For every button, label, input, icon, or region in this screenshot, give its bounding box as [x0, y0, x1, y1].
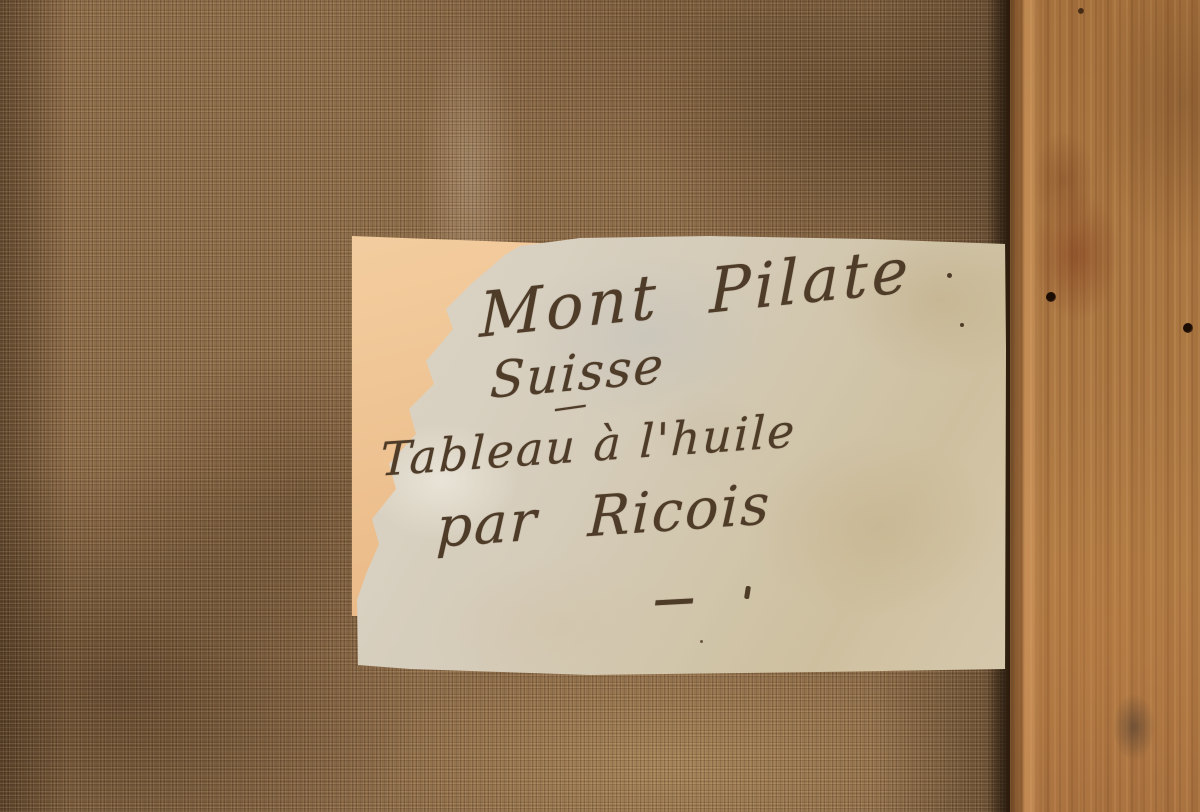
wormhole [1078, 8, 1084, 14]
wormhole [1046, 292, 1056, 302]
handwriting-layer: Mont Pilate Suisse — Tableau à l'huile p… [350, 228, 1006, 680]
ink-tick-mark [744, 586, 751, 600]
painting-back-photo: Mont Pilate Suisse — Tableau à l'huile p… [0, 0, 1200, 812]
label-divider-2: — [652, 573, 697, 624]
wormhole [1183, 323, 1193, 333]
ink-speck [700, 640, 703, 643]
handwritten-paper-label: Mont Pilate Suisse — Tableau à l'huile p… [350, 228, 1006, 680]
ink-speck [960, 323, 964, 327]
label-line-artist: par Ricois [435, 472, 772, 561]
ink-speck [947, 273, 952, 278]
wooden-stretcher-bar [1006, 0, 1200, 812]
label-line-title: Mont Pilate [479, 233, 912, 352]
